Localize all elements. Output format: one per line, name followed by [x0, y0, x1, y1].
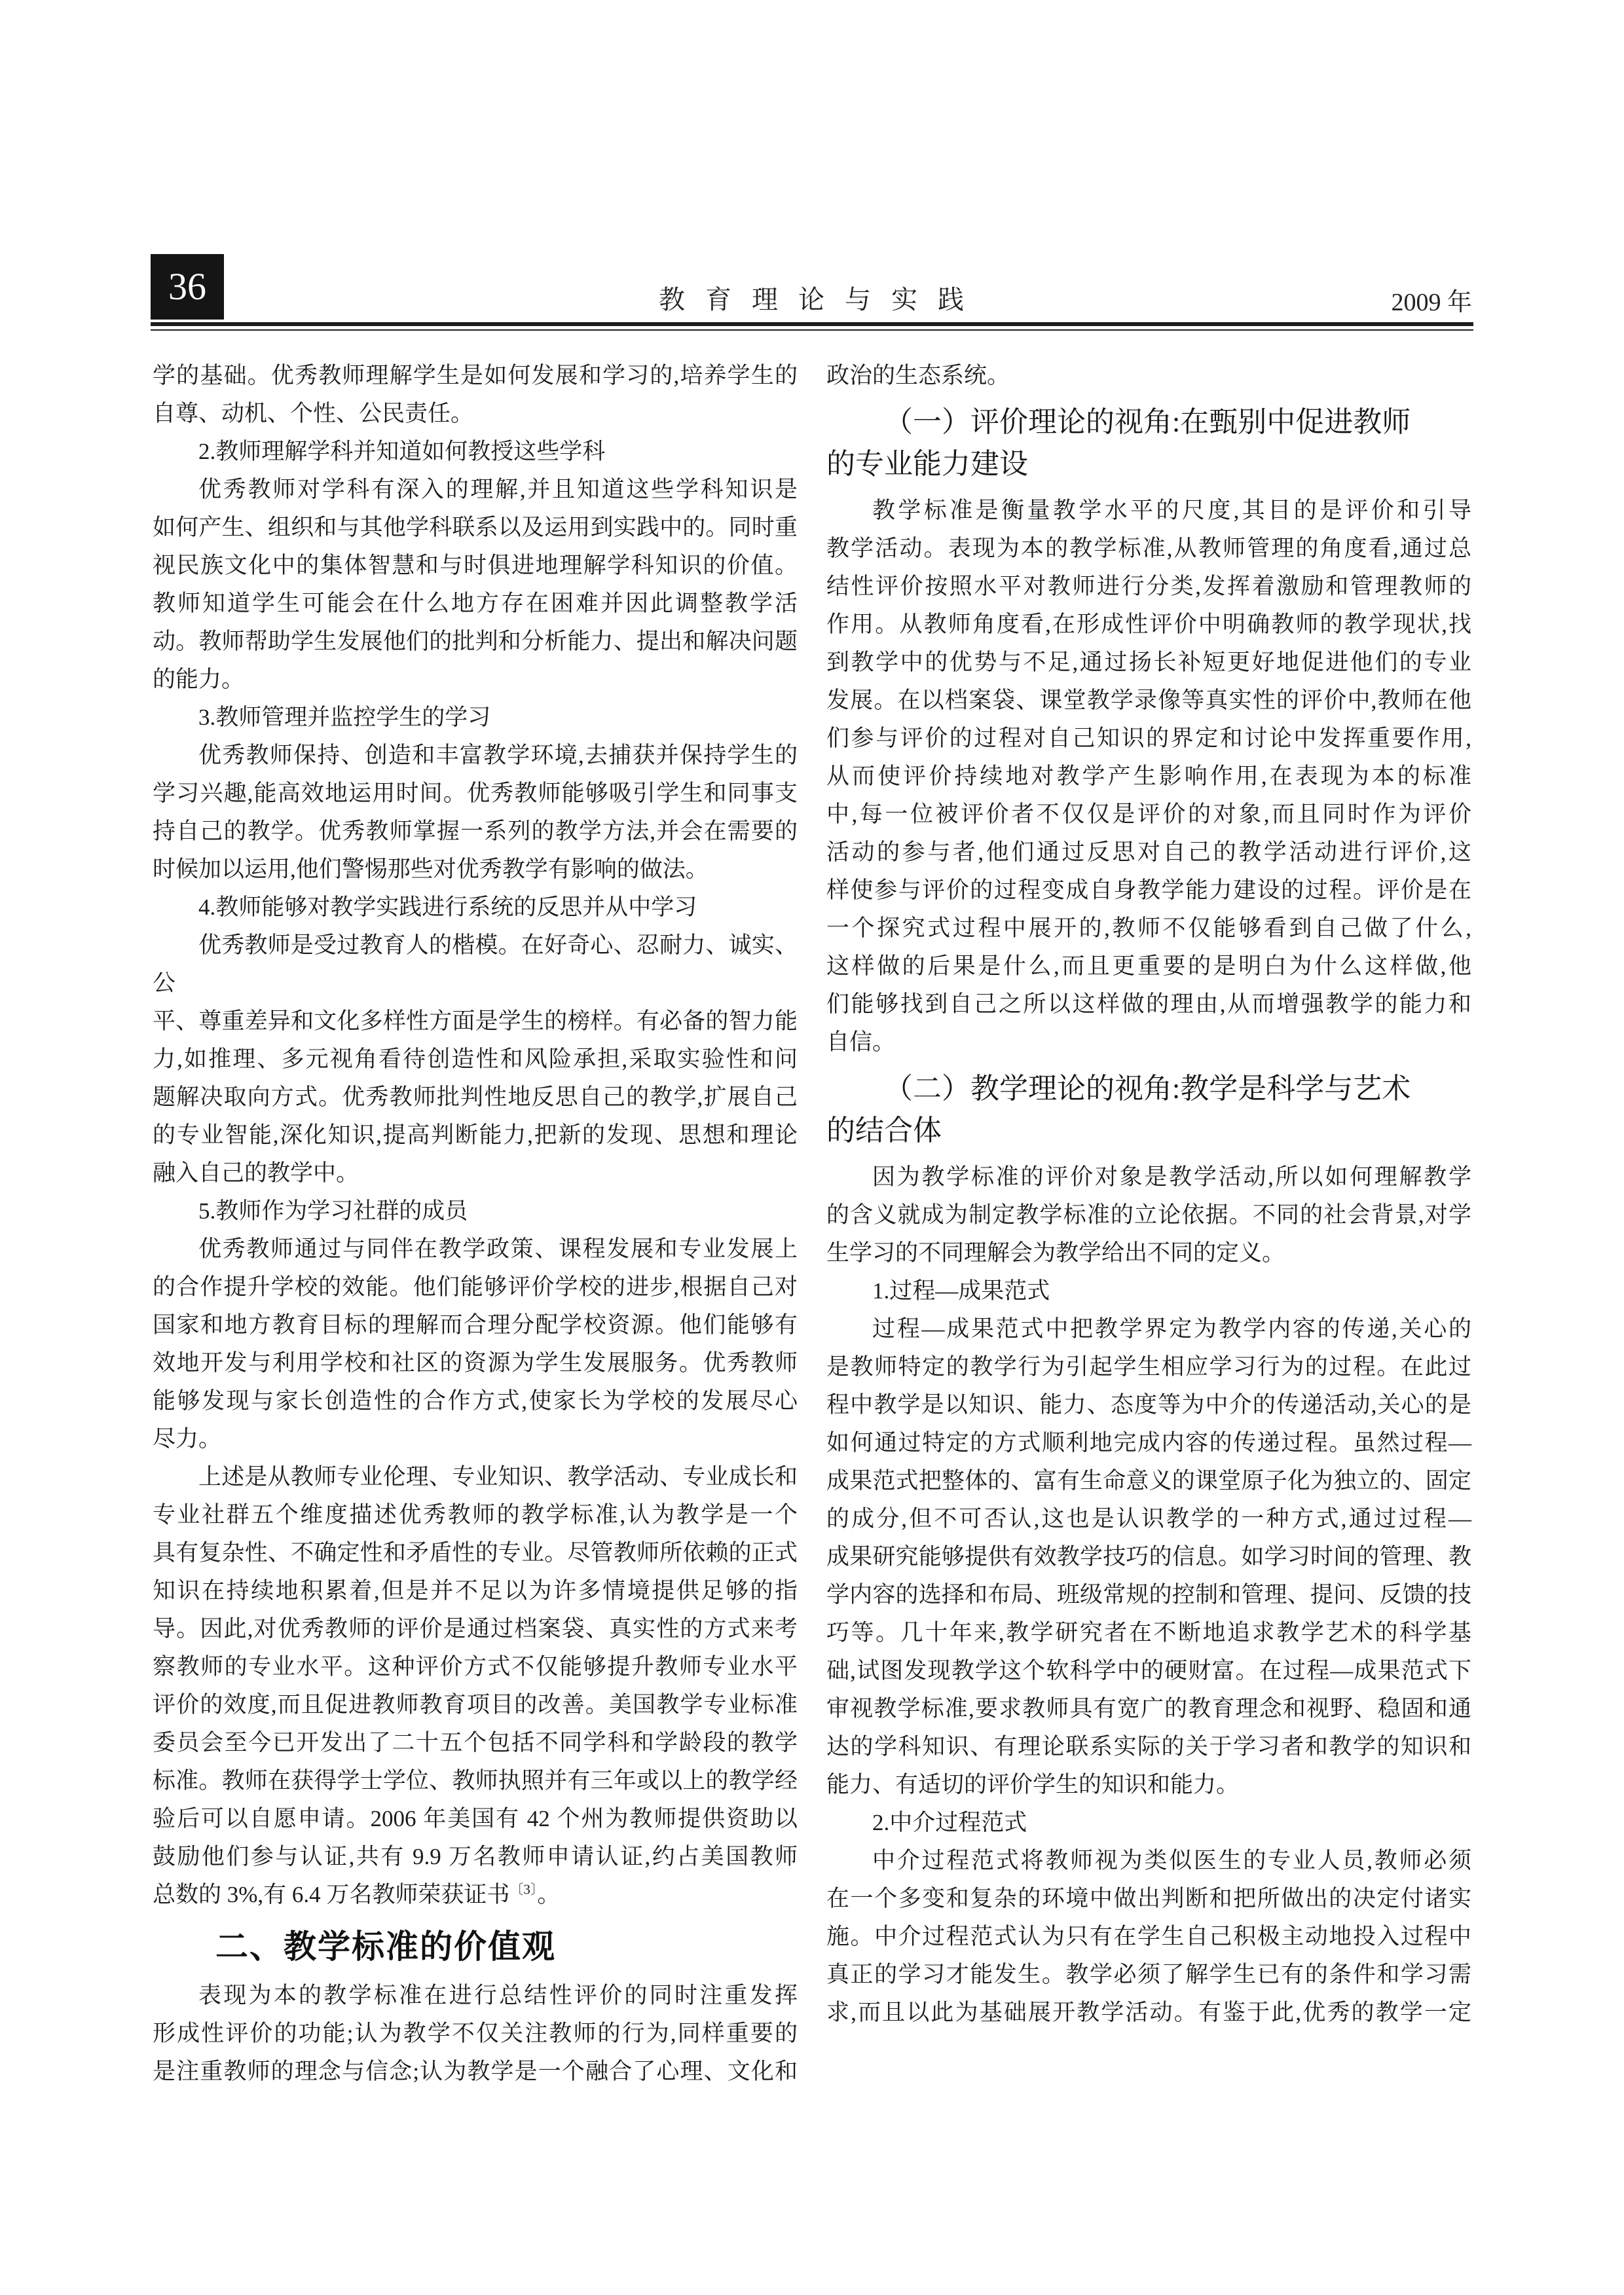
text-line: 动。教师帮助学生发展他们的批判和分析能力、提出和解决问题	[153, 623, 798, 661]
text-line: 鼓励他们参与认证,共有 9.9 万名教师申请认证,约占美国教师	[153, 1838, 798, 1876]
text-line: 融入自己的教学中。	[153, 1154, 798, 1192]
text-line: 一个探究式过程中展开的,教师不仅能够看到自己做了什么,	[826, 909, 1471, 947]
text-line: 标准。教师在获得学士学位、教师执照并有三年或以上的教学经	[153, 1762, 798, 1800]
text-line: 达的学科知识、有理论联系实际的关于学习者和教学的知识和	[826, 1728, 1471, 1766]
text-line: 评价的效度,而且促进教师教育项目的改善。美国教学专业标准	[153, 1686, 798, 1724]
text-line: 3.教师管理并监控学生的学习	[153, 699, 798, 737]
text-line: 们能够找到自己之所以这样做的理由,从而增强教学的能力和	[826, 985, 1471, 1023]
text-line: 政治的生态系统。	[826, 357, 1471, 395]
text-line: 的结合体	[826, 1110, 1471, 1152]
text-line: 真正的学习才能发生。教学必须了解学生已有的条件和学习需	[826, 1956, 1471, 1994]
journal-title: 教 育 理 论 与 实 践	[0, 279, 1624, 316]
left-column: 学的基础。优秀教师理解学生是如何发展和学习的,培养学生的自尊、动机、个性、公民责…	[153, 357, 798, 2091]
text-line: 优秀教师对学科有深入的理解,并且知道这些学科知识是	[153, 471, 798, 509]
text-line: 的含义就成为制定教学标准的立论依据。不同的社会背景,对学	[826, 1196, 1471, 1234]
text-line: 上述是从教师专业伦理、专业知识、教学活动、专业成长和	[153, 1458, 798, 1496]
text-line: 1.过程—成果范式	[826, 1272, 1471, 1310]
text-line: 的专业智能,深化知识,提高判断能力,把新的发现、思想和理论	[153, 1116, 798, 1154]
text-line: （二）教学理论的视角:教学是科学与艺术	[826, 1068, 1471, 1110]
text-line: 这样做的后果是什么,而且更重要的是明白为什么这样做,他	[826, 947, 1471, 985]
text-line: 2.教师理解学科并知道如何教授这些学科	[153, 433, 798, 471]
text-line: 2.中介过程范式	[826, 1804, 1471, 1842]
text-line: 自信。	[826, 1023, 1471, 1061]
text-line: 中介过程范式将教师视为类似医生的专业人员,教师必须	[826, 1842, 1471, 1880]
text-line: 优秀教师通过与同伴在教学政策、课程发展和专业发展上	[153, 1230, 798, 1268]
text-line: 发展。在以档案袋、课堂教学录像等真实性的评价中,教师在他	[826, 682, 1471, 720]
text-line: 二、教学标准的价值观	[153, 1920, 798, 1973]
text-line: 础,试图发现教学这个软科学中的硬财富。在过程—成果范式下	[826, 1652, 1471, 1690]
text-line: 生学习的不同理解会为教学给出不同的定义。	[826, 1234, 1471, 1272]
text-line: 优秀教师是受过教育人的楷模。在好奇心、忍耐力、诚实、公	[153, 927, 798, 1002]
text-line: 导。因此,对优秀教师的评价是通过档案袋、真实性的方式来考	[153, 1610, 798, 1648]
text-line: 是教师特定的教学行为引起学生相应学习行为的过程。在此过	[826, 1348, 1471, 1386]
text-line: 中,每一位被评价者不仅仅是评价的对象,而且同时作为评价	[826, 796, 1471, 834]
text-line: 题解决取向方式。优秀教师批判性地反思自己的教学,扩展自己	[153, 1078, 798, 1116]
text-line: 求,而且以此为基础展开教学活动。有鉴于此,优秀的教学一定	[826, 1994, 1471, 2032]
text-line: 过程—成果范式中把教学界定为教学内容的传递,关心的	[826, 1310, 1471, 1348]
text-line: 表现为本的教学标准在进行总结性评价的同时注重发挥	[153, 1977, 798, 2015]
text-line: 活动的参与者,他们通过反思对自己的教学活动进行评价,这	[826, 834, 1471, 872]
text-line: 5.教师作为学习社群的成员	[153, 1192, 798, 1230]
text-line: 验后可以自愿申请。2006 年美国有 42 个州为教师提供资助以	[153, 1800, 798, 1838]
text-line: 力,如推理、多元视角看待创造性和风险承担,采取实验性和问	[153, 1040, 798, 1078]
footnote-ref: 〔3〕	[509, 1881, 537, 1897]
text-line: 因为教学标准的评价对象是教学活动,所以如何理解教学	[826, 1158, 1471, 1196]
text-line: 形成性评价的功能;认为教学不仅关注教师的行为,同样重要的	[153, 2015, 798, 2053]
text-line: 学习兴趣,能高效地运用时间。优秀教师能够吸引学生和同事支	[153, 775, 798, 813]
text-line: 优秀教师保持、创造和丰富教学环境,去捕获并保持学生的	[153, 737, 798, 775]
text-line: 成果研究能够提供有效教学技巧的信息。如学习时间的管理、教	[826, 1538, 1471, 1576]
text-line: 察教师的专业水平。这种评价方式不仅能够提升教师专业水平	[153, 1648, 798, 1686]
text-line: （一）评价理论的视角:在甄别中促进教师	[826, 401, 1471, 443]
text-line: 教学标准是衡量教学水平的尺度,其目的是评价和引导	[826, 492, 1471, 530]
article-body: 学的基础。优秀教师理解学生是如何发展和学习的,培养学生的自尊、动机、个性、公民责…	[153, 357, 1471, 2091]
text-line: 学的基础。优秀教师理解学生是如何发展和学习的,培养学生的	[153, 357, 798, 395]
text-line: 能力、有适切的评价学生的知识和能力。	[826, 1766, 1471, 1804]
issue-year: 2009 年	[1391, 282, 1472, 318]
text-line: 能够发现与家长创造性的合作方式,使家长为学校的发展尽心	[153, 1382, 798, 1420]
text-line: 巧等。几十年来,教学研究者在不断地追求教学艺术的科学基	[826, 1614, 1471, 1652]
text-line: 的合作提升学校的效能。他们能够评价学校的进步,根据自己对	[153, 1268, 798, 1306]
text-line: 结性评价按照水平对教师进行分类,发挥着激励和管理教师的	[826, 568, 1471, 606]
text-line: 如何通过特定的方式顺利地完成内容的传递过程。虽然过程—	[826, 1424, 1471, 1462]
text-line: 委员会至今已开发出了二十五个包括不同学科和学龄段的教学	[153, 1724, 798, 1762]
text-line: 教学活动。表现为本的教学标准,从教师管理的角度看,通过总	[826, 530, 1471, 568]
text-line: 持自己的教学。优秀教师掌握一系列的教学方法,并会在需要的	[153, 813, 798, 851]
text-line: 知识在持续地积累着,但是并不足以为许多情境提供足够的指	[153, 1572, 798, 1610]
text-line: 的能力。	[153, 661, 798, 699]
text-line: 如何产生、组织和与其他学科联系以及运用到实践中的。同时重	[153, 509, 798, 547]
text-line: 总数的 3%,有 6.4 万名教师荣获证书〔3〕。	[153, 1876, 798, 1914]
text-line: 学内容的选择和布局、班级常规的控制和管理、提问、反馈的技	[826, 1576, 1471, 1614]
text-line: 具有复杂性、不确定性和矛盾性的专业。尽管教师所依赖的正式	[153, 1534, 798, 1572]
text-line: 时候加以运用,他们警惕那些对优秀教学有影响的做法。	[153, 851, 798, 889]
text-line: 视民族文化中的集体智慧和与时俱进地理解学科知识的价值。	[153, 547, 798, 585]
text-line: 到教学中的优势与不足,通过扬长补短更好地促进他们的专业	[826, 644, 1471, 682]
text-line: 程中教学是以知识、能力、态度等为中介的传递活动,关心的是	[826, 1386, 1471, 1424]
header-rule	[151, 322, 1473, 331]
text-line: 效地开发与利用学校和社区的资源为学生发展服务。优秀教师	[153, 1344, 798, 1382]
text-line: 教师知道学生可能会在什么地方存在困难并因此调整教学活	[153, 585, 798, 623]
right-column: 政治的生态系统。（一）评价理论的视角:在甄别中促进教师的专业能力建设教学标准是衡…	[826, 357, 1471, 2091]
text-line: 审视教学标准,要求教师具有宽广的教育理念和视野、稳固和通	[826, 1690, 1471, 1728]
text-line: 4.教师能够对教学实践进行系统的反思并从中学习	[153, 889, 798, 927]
text-line: 们参与评价的过程对自己知识的界定和讨论中发挥重要作用,	[826, 720, 1471, 758]
text-line: 自尊、动机、个性、公民责任。	[153, 395, 798, 433]
text-line: 平、尊重差异和文化多样性方面是学生的榜样。有必备的智力能	[153, 1002, 798, 1040]
journal-page: 36 教 育 理 论 与 实 践 2009 年 学的基础。优秀教师理解学生是如何…	[0, 0, 1624, 2295]
text-line: 国家和地方教育目标的理解而合理分配学校资源。他们能够有	[153, 1306, 798, 1344]
text-line: 的专业能力建设	[826, 443, 1471, 485]
text-line: 作用。从教师角度看,在形成性评价中明确教师的教学现状,找	[826, 606, 1471, 644]
text-line: 的成分,但不可否认,这也是认识教学的一种方式,通过过程—	[826, 1500, 1471, 1538]
text-line: 尽力。	[153, 1420, 798, 1458]
text-line: 施。中介过程范式认为只有在学生自己积极主动地投入过程中	[826, 1918, 1471, 1956]
text-line: 样使参与评价的过程变成自身教学能力建设的过程。评价是在	[826, 872, 1471, 909]
text-line: 成果范式把整体的、富有生命意义的课堂原子化为独立的、固定	[826, 1462, 1471, 1500]
text-line: 在一个多变和复杂的环境中做出判断和把所做出的决定付诸实	[826, 1880, 1471, 1918]
text-line: 专业社群五个维度描述优秀教师的教学标准,认为教学是一个	[153, 1496, 798, 1534]
text-line: 是注重教师的理念与信念;认为教学是一个融合了心理、文化和	[153, 2053, 798, 2091]
text-line: 从而使评价持续地对教学产生影响作用,在表现为本的标准	[826, 758, 1471, 796]
